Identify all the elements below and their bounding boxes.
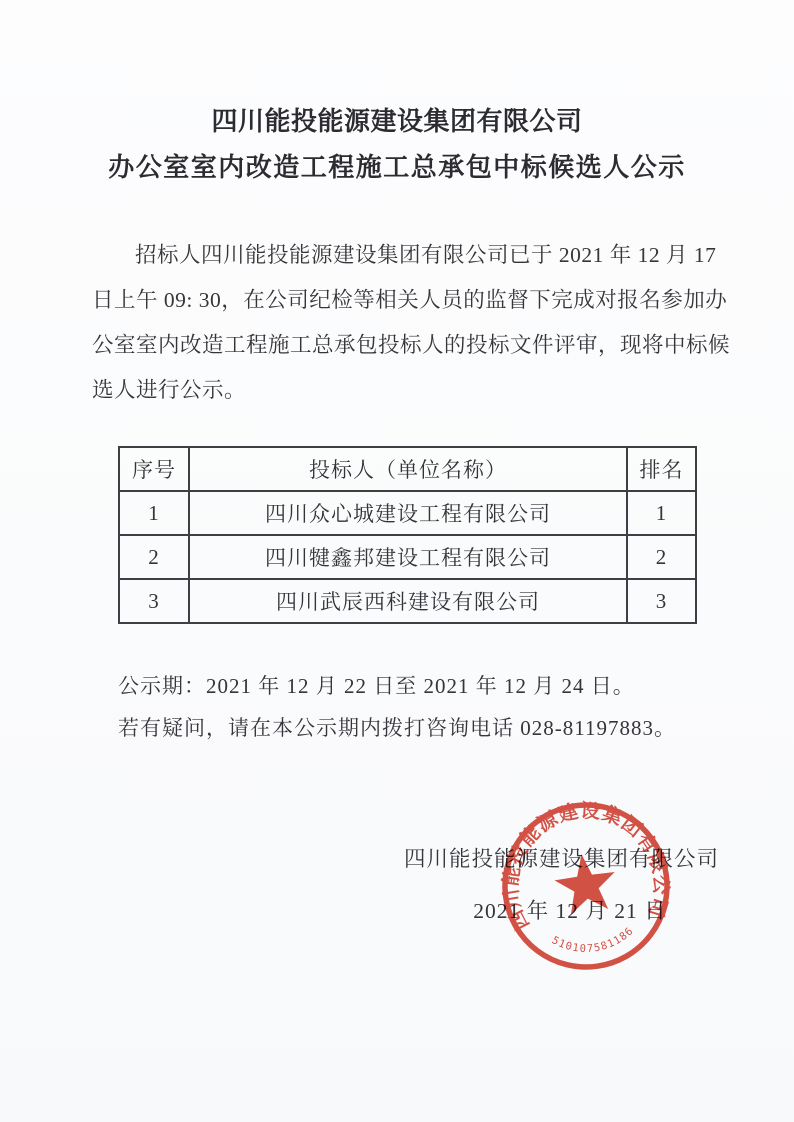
table-cell-no: 3 (119, 579, 189, 623)
table-header-name: 投标人（单位名称） (189, 447, 627, 491)
table-cell-no: 2 (119, 535, 189, 579)
body-line-1: 招标人四川能投能源建设集团有限公司已于 2021 年 12 月 17 (92, 233, 706, 278)
publicity-period-text: 公示期：2021 年 12 月 22 日至 2021 年 12 月 24 日。 (118, 670, 635, 700)
signature-company: 四川能投能源建设集团有限公司 (404, 842, 710, 873)
table-row: 1 四川众心城建设工程有限公司 1 (119, 491, 696, 535)
company-seal-stamp: 四川能投能源建设集团有限公司 5101075811865 (487, 787, 686, 986)
table-header-rank: 排名 (627, 447, 696, 491)
body-line-3: 公室室内改造工程施工总承包投标人的投标文件评审，现将中标候 (92, 323, 706, 368)
table-cell-rank: 1 (627, 491, 696, 535)
signature-date: 2021 年 12 月 21 日 (452, 894, 688, 925)
table-cell-name: 四川犍鑫邦建设工程有限公司 (189, 535, 627, 579)
table-cell-name: 四川武辰西科建设有限公司 (189, 579, 627, 623)
document-page: 四川能投能源建设集团有限公司 办公室室内改造工程施工总承包中标候选人公示 招标人… (0, 0, 794, 1122)
contact-phone-text: 若有疑问，请在本公示期内拨打咨询电话 028-81197883。 (118, 712, 676, 742)
document-title-line2: 办公室室内改造工程施工总承包中标候选人公示 (0, 147, 794, 184)
document-title-line1: 四川能投能源建设集团有限公司 (0, 101, 794, 138)
bidder-table: 序号 投标人（单位名称） 排名 1 四川众心城建设工程有限公司 1 2 四川犍鑫… (118, 446, 697, 624)
body-line-2: 日上午 09: 30，在公司纪检等相关人员的监督下完成对报名参加办 (92, 278, 706, 323)
table-header-no: 序号 (119, 447, 189, 491)
body-line-4: 选人进行公示。 (92, 368, 706, 413)
table-row: 2 四川犍鑫邦建设工程有限公司 2 (119, 535, 696, 579)
table-cell-name: 四川众心城建设工程有限公司 (189, 491, 627, 535)
body-paragraph: 招标人四川能投能源建设集团有限公司已于 2021 年 12 月 17 日上午 0… (92, 233, 706, 413)
seal-ring (495, 795, 678, 978)
table-cell-no: 1 (119, 491, 189, 535)
table-cell-rank: 2 (627, 535, 696, 579)
table-row: 3 四川武辰西科建设有限公司 3 (119, 579, 696, 623)
table-header-row: 序号 投标人（单位名称） 排名 (119, 447, 696, 491)
table-cell-rank: 3 (627, 579, 696, 623)
